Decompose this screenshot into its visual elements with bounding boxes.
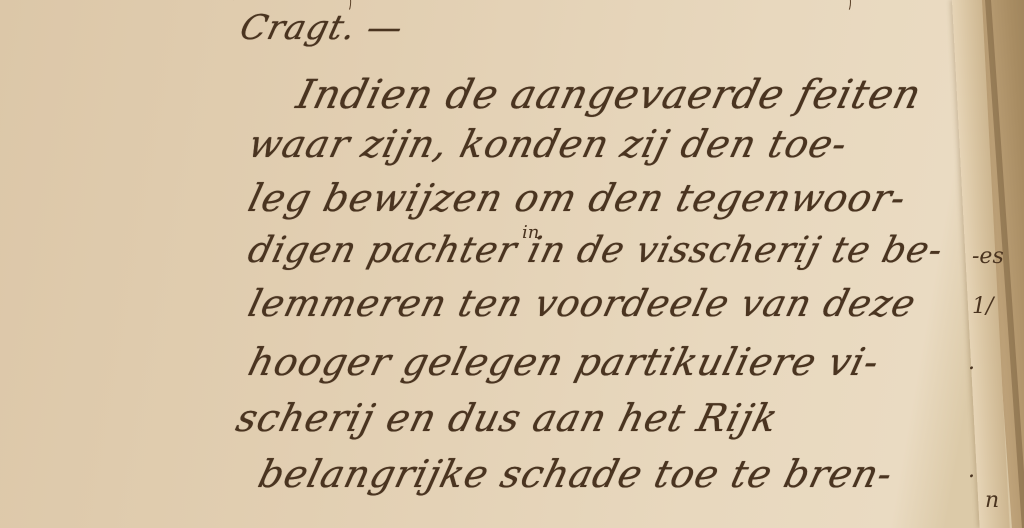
ink-flourish bbox=[183, 0, 242, 23]
manuscript-line: Indien de aangevaerde feiten bbox=[292, 72, 926, 118]
manuscript-line: Cragt. — bbox=[236, 8, 408, 48]
interlinear-insert: in bbox=[522, 222, 539, 243]
manuscript-line: lemmeren ten voordeele van deze bbox=[244, 282, 921, 325]
margin-note: 1/ bbox=[972, 294, 993, 319]
margin-note: . bbox=[968, 458, 975, 483]
manuscript-line: hooger gelegen partikuliere vi- bbox=[244, 340, 884, 384]
manuscript-line: scherij en dus aan het Rijk bbox=[232, 396, 783, 440]
manuscript-line: leg bewijzen om den tegenwoor- bbox=[244, 176, 911, 220]
ink-flourish bbox=[811, 0, 857, 24]
margin-note: n bbox=[985, 488, 999, 513]
manuscript-line: belangrijke schade toe te bren- bbox=[254, 452, 898, 496]
margin-note: . bbox=[968, 350, 975, 375]
margin-note: -es bbox=[972, 244, 1004, 269]
manuscript-line: waar zijn, konden zij den toe- bbox=[244, 122, 852, 166]
manuscript-photo: Cragt. — Indien de aangevaerde feiten wa… bbox=[0, 0, 1024, 528]
manuscript-line: digen pachter in de visscherij te be- bbox=[244, 230, 947, 271]
